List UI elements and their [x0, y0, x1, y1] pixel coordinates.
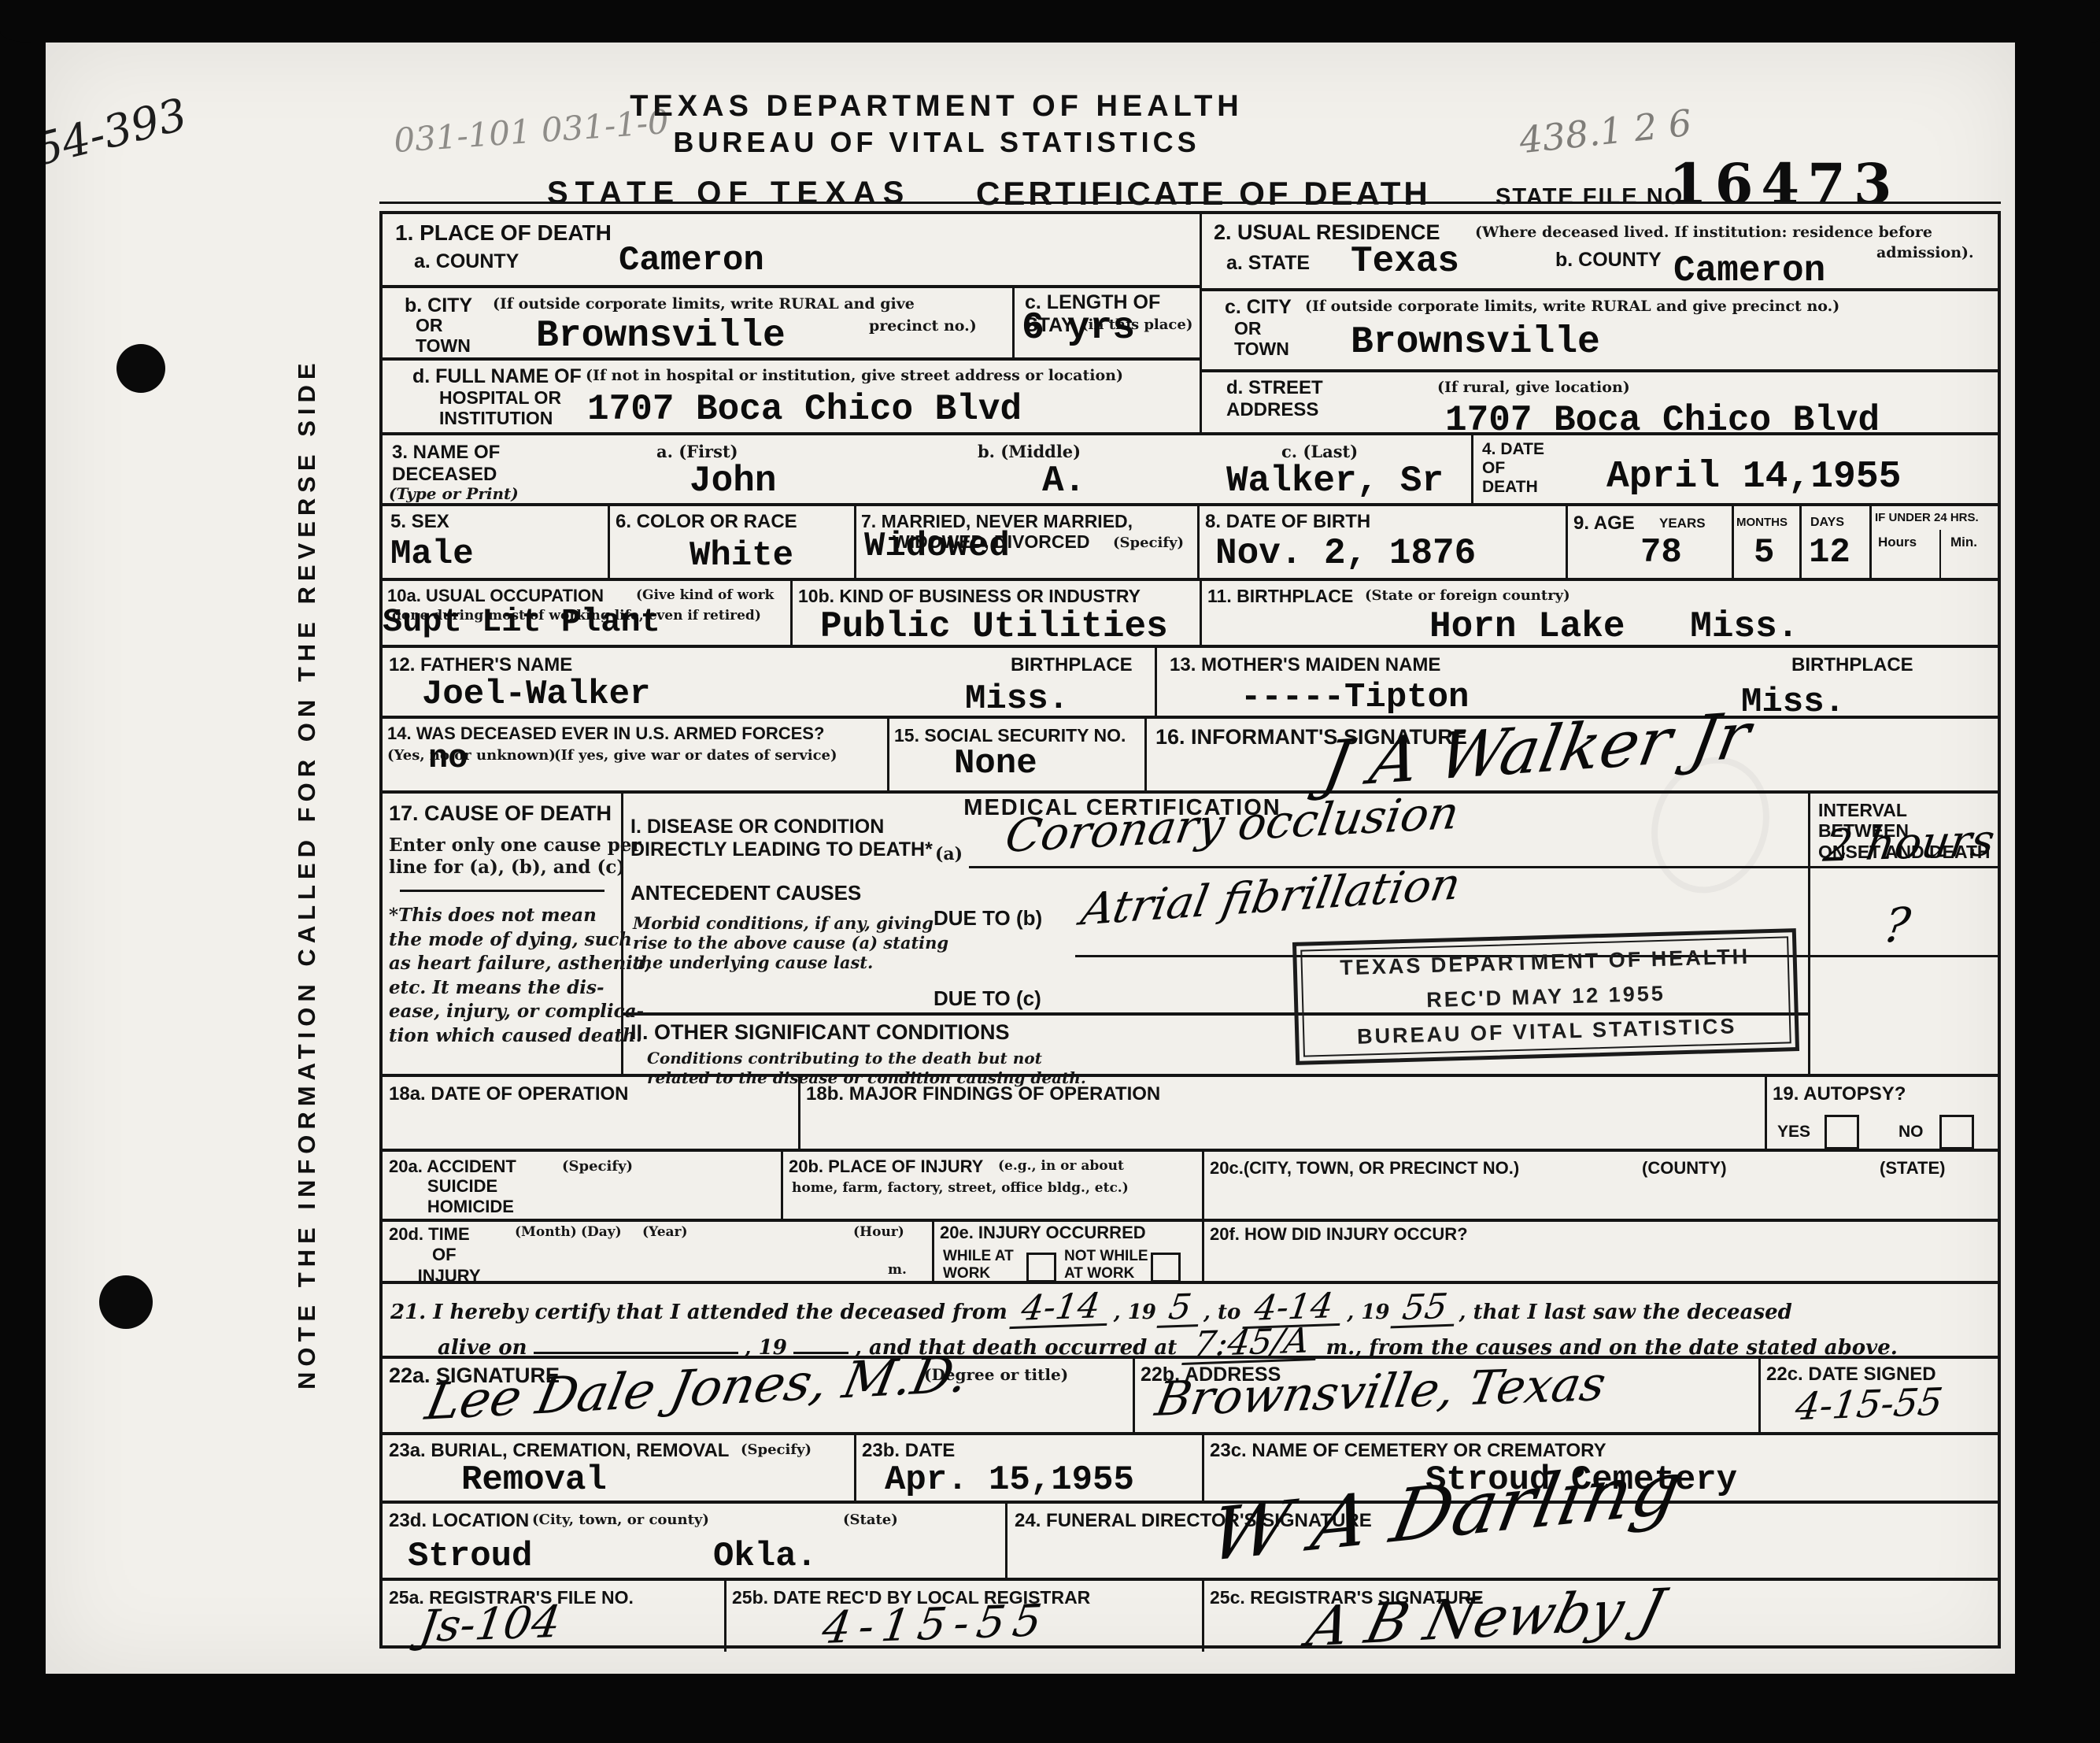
scan-left-band — [0, 0, 46, 1743]
autopsy-yes-checkbox — [1825, 1115, 1859, 1149]
rule-line — [383, 1219, 1998, 1222]
residence-county-value: Cameron — [1673, 250, 1825, 291]
row-injury: 20a. ACCIDENT SUICIDE HOMICIDE (Specify)… — [383, 1149, 1998, 1281]
header-bureau: BUREAU OF VITAL STATISTICS — [622, 126, 1251, 158]
last-name-value: Walker, Sr — [1226, 461, 1444, 501]
birthplace-label: 11. BIRTHPLACE — [1207, 586, 1353, 606]
rule-line — [1566, 506, 1568, 578]
rule-line — [1012, 285, 1015, 357]
rule-line — [608, 506, 610, 578]
registrar-file-value: Js-104 — [417, 1601, 564, 1649]
injury-d-year: (Year) — [642, 1224, 688, 1240]
institution-value: 1707 Boca Chico Blvd — [587, 389, 1022, 430]
row-cause-of-death: 17. CAUSE OF DEATH Enter only one cause … — [383, 790, 1998, 1074]
rule-line — [1200, 214, 1202, 432]
injury-b-label: 20b. PLACE OF INJURY — [789, 1156, 983, 1176]
armed-forces-paren: (Yes, no or unknown) — [387, 747, 556, 764]
injury-not-while-at-work-checkbox — [1151, 1253, 1181, 1282]
certify-mid19b: , 19 — [1347, 1301, 1389, 1324]
street-paren: (If rural, give location) — [1437, 379, 1630, 397]
row-disposition: 23a. BURIAL, CREMATION, REMOVAL (Specify… — [383, 1432, 1998, 1501]
place-or-town-label: OR TOWN — [416, 315, 471, 357]
middle-name-value: A. — [1042, 461, 1085, 501]
age-hours-label: Hours — [1878, 535, 1917, 550]
date-signed-value: 4-15-55 — [1793, 1383, 1945, 1426]
injury-d-hour: (Hour) — [853, 1224, 904, 1240]
ssn-value: None — [954, 744, 1037, 783]
age-label: 9. AGE — [1573, 513, 1635, 535]
disposition-paren: (Specify) — [741, 1441, 812, 1459]
age-years-label: YEARS — [1659, 516, 1706, 531]
age-days-label: DAYS — [1810, 516, 1844, 530]
certify-part1: 21. I hereby certify that I attended the… — [390, 1301, 1007, 1324]
rule-line — [790, 581, 793, 645]
rule-line — [1200, 369, 1998, 372]
rule-line — [854, 506, 856, 578]
cause-note: Enter only one cause per line for (a), (… — [389, 834, 641, 878]
residence-city-value: Brownsville — [1351, 321, 1600, 364]
place-city-label: b. CITY — [405, 294, 472, 317]
physician-address: Brownsville, Texas — [1152, 1360, 1610, 1423]
rule-line — [781, 1152, 783, 1219]
place-city-value: Brownsville — [536, 315, 786, 357]
rule-line — [1732, 506, 1734, 578]
rule-line — [1005, 1504, 1007, 1578]
injury-d-day: (Day) — [581, 1224, 622, 1240]
disposition-label: 23a. BURIAL, CREMATION, REMOVAL — [389, 1440, 729, 1462]
injury-e-while-label: WHILE AT WORK — [943, 1248, 1014, 1282]
armed-forces-paren2: (If yes, give war or dates of service) — [554, 747, 837, 764]
place-of-death-title: 1. PLACE OF DEATH — [395, 220, 612, 246]
rule-line — [1939, 530, 1941, 578]
antecedent-label: ANTECEDENT CAUSES — [630, 882, 861, 905]
sex-label: 5. SEX — [390, 511, 449, 533]
rule-line — [1155, 648, 1157, 716]
residence-state-label: a. STATE — [1226, 252, 1310, 275]
rule-line — [1197, 506, 1200, 578]
due-to-b-label: DUE TO (b) — [934, 907, 1042, 931]
rule-line — [1202, 1581, 1204, 1652]
rule-line — [724, 1581, 726, 1652]
age-days-value: 12 — [1809, 533, 1850, 572]
age-months-value: 5 — [1754, 533, 1774, 572]
residence-title-paren: (Where deceased lived. If institution: r… — [1475, 224, 1932, 242]
birth-date-label: 8. DATE OF BIRTH — [1205, 511, 1370, 533]
place-city-paren: (If outside corporate limits, write RURA… — [493, 295, 915, 313]
residence-title-paren2: admission). — [1876, 244, 1974, 262]
rule-line — [1471, 435, 1473, 503]
injury-d-label: 20d. TIME OF INJURY — [389, 1224, 481, 1286]
residence-state-value: Texas — [1351, 241, 1459, 282]
informant-signature: J A Walker Jr — [1318, 705, 1755, 798]
mother-label: 13. MOTHER'S MAIDEN NAME — [1170, 654, 1440, 676]
scan-bottom-band — [0, 1674, 2100, 1743]
interval-b-value: ? — [1881, 901, 1913, 949]
sex-value: Male — [390, 535, 474, 574]
received-stamp: TEXAS DEPARTMENT OF HEALTH REC'D MAY 12 … — [1292, 928, 1799, 1065]
cause-a-tag: (a) — [935, 844, 963, 864]
certify-part2: , that I last saw the deceased — [1459, 1301, 1792, 1324]
injury-b-paren2: home, farm, factory, street, office bldg… — [792, 1180, 1129, 1196]
rule-line — [1869, 506, 1872, 578]
injury-c-county-label: (COUNTY) — [1642, 1158, 1727, 1178]
certify-mid19a: , 19 — [1114, 1301, 1156, 1324]
rule-line — [1202, 1435, 1204, 1501]
institution-label2: HOSPITAL OR INSTITUTION — [439, 387, 561, 429]
rule-line — [1758, 1359, 1761, 1432]
residence-city-label: c. CITY — [1225, 296, 1292, 319]
birthplace-paren: (State or foreign country) — [1365, 587, 1570, 605]
rule-line — [1799, 506, 1802, 578]
injury-d-m: m. — [888, 1262, 907, 1278]
operation-findings-label: 18b. MAJOR FINDINGS OF OPERATION — [806, 1083, 1160, 1105]
certify-mid-to: , to — [1203, 1301, 1240, 1324]
injury-while-at-work-checkbox — [1026, 1253, 1056, 1282]
row-place-residence: 1. PLACE OF DEATH a. COUNTY Cameron b. C… — [383, 214, 1998, 432]
registrar-date-value: 4-15-55 — [819, 1599, 1052, 1651]
state-file-number: 16473 — [1669, 151, 1900, 216]
morbid-note: Morbid conditions, if any, giving rise t… — [633, 913, 948, 973]
rule-line — [1765, 1077, 1767, 1149]
location-state-label: (State) — [843, 1512, 898, 1529]
row-operation-autopsy: 18a. DATE OF OPERATION 18b. MAJOR FINDIN… — [383, 1074, 1998, 1149]
occupation-paren: (Give kind of work — [636, 587, 774, 603]
residence-or-town-label: OR TOWN — [1234, 318, 1289, 360]
certify-from-date: 4-14 — [1009, 1289, 1111, 1329]
location-paren: (City, town, or county) — [532, 1512, 709, 1529]
autopsy-yes-label: YES — [1777, 1123, 1810, 1142]
injury-a-paren: (Specify) — [562, 1158, 633, 1175]
header-certificate-title: CERTIFICATE OF DEATH — [976, 175, 1431, 213]
rule-line — [383, 285, 1200, 288]
age-minutes-label: Min. — [1950, 535, 1977, 550]
stay-value: 6 yrs — [1022, 307, 1135, 350]
autopsy-no-checkbox — [1939, 1115, 1974, 1149]
institution-label: d. FULL NAME OF — [412, 365, 582, 388]
mother-birthplace-label: BIRTHPLACE — [1791, 654, 1913, 676]
rule-line — [1200, 581, 1202, 645]
ssn-label: 15. SOCIAL SECURITY NO. — [894, 725, 1126, 746]
marital-value: Widowed — [864, 527, 1010, 566]
row-demographics: 5. SEX Male 6. COLOR OR RACE White 7. MA… — [383, 503, 1998, 578]
injury-e-notwhile-label: NOT WHILE AT WORK — [1064, 1248, 1148, 1282]
stamp-line3: BUREAU OF VITAL STATISTICS — [1357, 1014, 1737, 1049]
hole-punch — [116, 344, 165, 393]
age-years-value: 78 — [1640, 533, 1682, 572]
scan-right-band — [2015, 0, 2100, 1743]
row-physician: 22a. SIGNATURE (Degree or title) Lee Dal… — [383, 1356, 1998, 1432]
hole-punch — [99, 1275, 153, 1329]
rule-line — [1144, 719, 1147, 790]
rule-line — [383, 357, 1200, 361]
place-county-value: Cameron — [619, 241, 764, 280]
registrar-signature: A B Newby J — [1303, 1581, 1669, 1654]
header-state-of-texas: STATE OF TEXAS — [547, 175, 911, 211]
mother-name-value: -----Tipton — [1240, 678, 1469, 717]
rule-line — [1133, 1359, 1135, 1432]
disposition-date-value: Apr. 15,1955 — [885, 1460, 1134, 1500]
injury-b-paren: (e.g., in or about — [998, 1158, 1124, 1174]
disposition-value: Removal — [461, 1460, 607, 1500]
location-city-value: Stroud — [408, 1537, 532, 1576]
double-rule — [379, 202, 2001, 204]
reverse-side-note: NOTE THE INFORMATION CALLED FOR ON THE R… — [293, 323, 329, 1425]
row-registrar: 25a. REGISTRAR'S FILE NO. Js-104 25b. DA… — [383, 1578, 1998, 1652]
due-to-c-label: DUE TO (c) — [934, 987, 1041, 1011]
race-value: White — [690, 536, 793, 575]
rule-line — [887, 719, 889, 790]
injury-f-label: 20f. HOW DID INJURY OCCUR? — [1210, 1224, 1468, 1244]
name-label-paren: (Type or Print) — [389, 484, 519, 503]
birthplace-value: Horn Lake Miss. — [1429, 606, 1799, 647]
disposition-date-label: 23b. DATE — [862, 1440, 955, 1462]
place-city-paren2: precinct no.) — [869, 317, 977, 335]
row-parents: 12. FATHER'S NAME BIRTHPLACE Joel-Walker… — [383, 645, 1998, 716]
injury-a-label: 20a. ACCIDENT SUICIDE HOMICIDE — [389, 1156, 516, 1216]
stamp-line1: TEXAS DEPARTMENT OF HEALTH — [1340, 944, 1751, 980]
scan-top-band — [0, 0, 2100, 43]
operation-date-label: 18a. DATE OF OPERATION — [389, 1083, 629, 1105]
rule-line — [1808, 794, 1810, 1074]
certify-alive-blank — [534, 1325, 738, 1354]
row-forces-ssn-informant: 14. WAS DECEASED EVER IN U.S. ARMED FORC… — [383, 716, 1998, 790]
date-of-death-label: 4. DATE OF DEATH — [1482, 440, 1544, 497]
injury-d-month: (Month) — [515, 1224, 577, 1240]
age-months-label: MONTHS — [1736, 516, 1788, 529]
location-state-value: Okla. — [713, 1537, 817, 1576]
stamp-line2: REC'D MAY 12 1955 — [1426, 981, 1666, 1012]
certify-year-a: 5 — [1156, 1290, 1203, 1328]
father-name-value: Joel-Walker — [422, 675, 650, 714]
county-label: a. COUNTY — [414, 250, 519, 273]
rule-line — [1202, 1152, 1204, 1281]
disease-label: I. DISEASE OR CONDITION DIRECTLY LEADING… — [630, 816, 933, 861]
first-name-value: John — [690, 461, 776, 501]
other-conditions-label: II. OTHER SIGNIFICANT CONDITIONS — [630, 1020, 1010, 1045]
cause-b-value: Atrial fibrillation — [1078, 863, 1463, 933]
received-stamp-inner: TEXAS DEPARTMENT OF HEALTH REC'D MAY 12 … — [1300, 936, 1791, 1057]
injury-c-state-label: (STATE) — [1880, 1158, 1946, 1178]
armed-forces-value: no — [428, 739, 468, 777]
rule-line — [932, 1219, 934, 1281]
marital-paren: (Specify) — [1113, 535, 1184, 552]
scanned-death-certificate: 54-393 031-101 031-1-0 438.1 2 6 NOTE TH… — [0, 0, 2100, 1743]
certify-year-b: 55 — [1390, 1290, 1459, 1329]
industry-value: Public Utilities — [820, 606, 1168, 647]
cause-footnote: *This does not mean the mode of dying, s… — [389, 904, 651, 1048]
cause-title: 17. CAUSE OF DEATH — [389, 801, 612, 826]
occupation-value: Supt Lit Plant — [383, 603, 660, 641]
autopsy-no-label: NO — [1899, 1123, 1924, 1142]
rule-line — [854, 1435, 856, 1501]
father-birthplace-value: Miss. — [965, 679, 1069, 719]
date-of-death-value: April 14,1955 — [1606, 456, 1901, 498]
rule-line — [400, 890, 604, 892]
street-label: d. STREET ADDRESS — [1226, 377, 1323, 420]
name-label: 3. NAME OF DECEASED — [392, 442, 500, 485]
row-occupation: 10a. USUAL OCCUPATION (Give kind of work… — [383, 578, 1998, 645]
header-department: TEXAS DEPARTMENT OF HEALTH — [622, 90, 1251, 124]
certify-year-blank — [793, 1325, 849, 1354]
row-name-dod: 3. NAME OF DECEASED (Type or Print) a. (… — [383, 432, 1998, 503]
injury-e-label: 20e. INJURY OCCURRED — [940, 1223, 1146, 1242]
father-birthplace-label: BIRTHPLACE — [1011, 654, 1133, 676]
residence-county-label: b. COUNTY — [1555, 249, 1662, 272]
state-file-no-label: STATE FILE NO. — [1496, 184, 1691, 210]
father-label: 12. FATHER'S NAME — [389, 654, 572, 676]
industry-label: 10b. KIND OF BUSINESS OR INDUSTRY — [798, 586, 1141, 606]
residence-city-paren: (If outside corporate limits, write RURA… — [1305, 298, 1839, 316]
race-label: 6. COLOR OR RACE — [616, 511, 797, 533]
physician-signature: Lee Dale Jones, M.D. — [422, 1349, 972, 1427]
last-name-label: c. (Last) — [1281, 442, 1358, 461]
interval-a-value: 2 hours — [1821, 819, 1997, 868]
row-certify-statement: 21. I hereby certify that I attended the… — [383, 1281, 1998, 1356]
rule-line — [798, 1077, 800, 1149]
autopsy-label: 19. AUTOPSY? — [1773, 1083, 1906, 1105]
middle-name-label: b. (Middle) — [978, 442, 1081, 461]
injury-c-label: 20c.(CITY, TOWN, OR PRECINCT NO.) — [1210, 1158, 1519, 1178]
location-label: 23d. LOCATION — [389, 1510, 529, 1532]
certificate-form: 1. PLACE OF DEATH a. COUNTY Cameron b. C… — [379, 211, 2001, 1649]
age-under24-label: IF UNDER 24 HRS. — [1875, 511, 1979, 524]
cemetery-label: 23c. NAME OF CEMETERY OR CREMATORY — [1210, 1440, 1606, 1462]
row-location-director: 23d. LOCATION (City, town, or county) (S… — [383, 1501, 1998, 1578]
rule-line — [1200, 288, 1998, 291]
institution-paren: (If not in hospital or institution, give… — [586, 367, 1123, 385]
first-name-label: a. (First) — [656, 442, 738, 461]
birth-date-value: Nov. 2, 1876 — [1215, 533, 1476, 574]
